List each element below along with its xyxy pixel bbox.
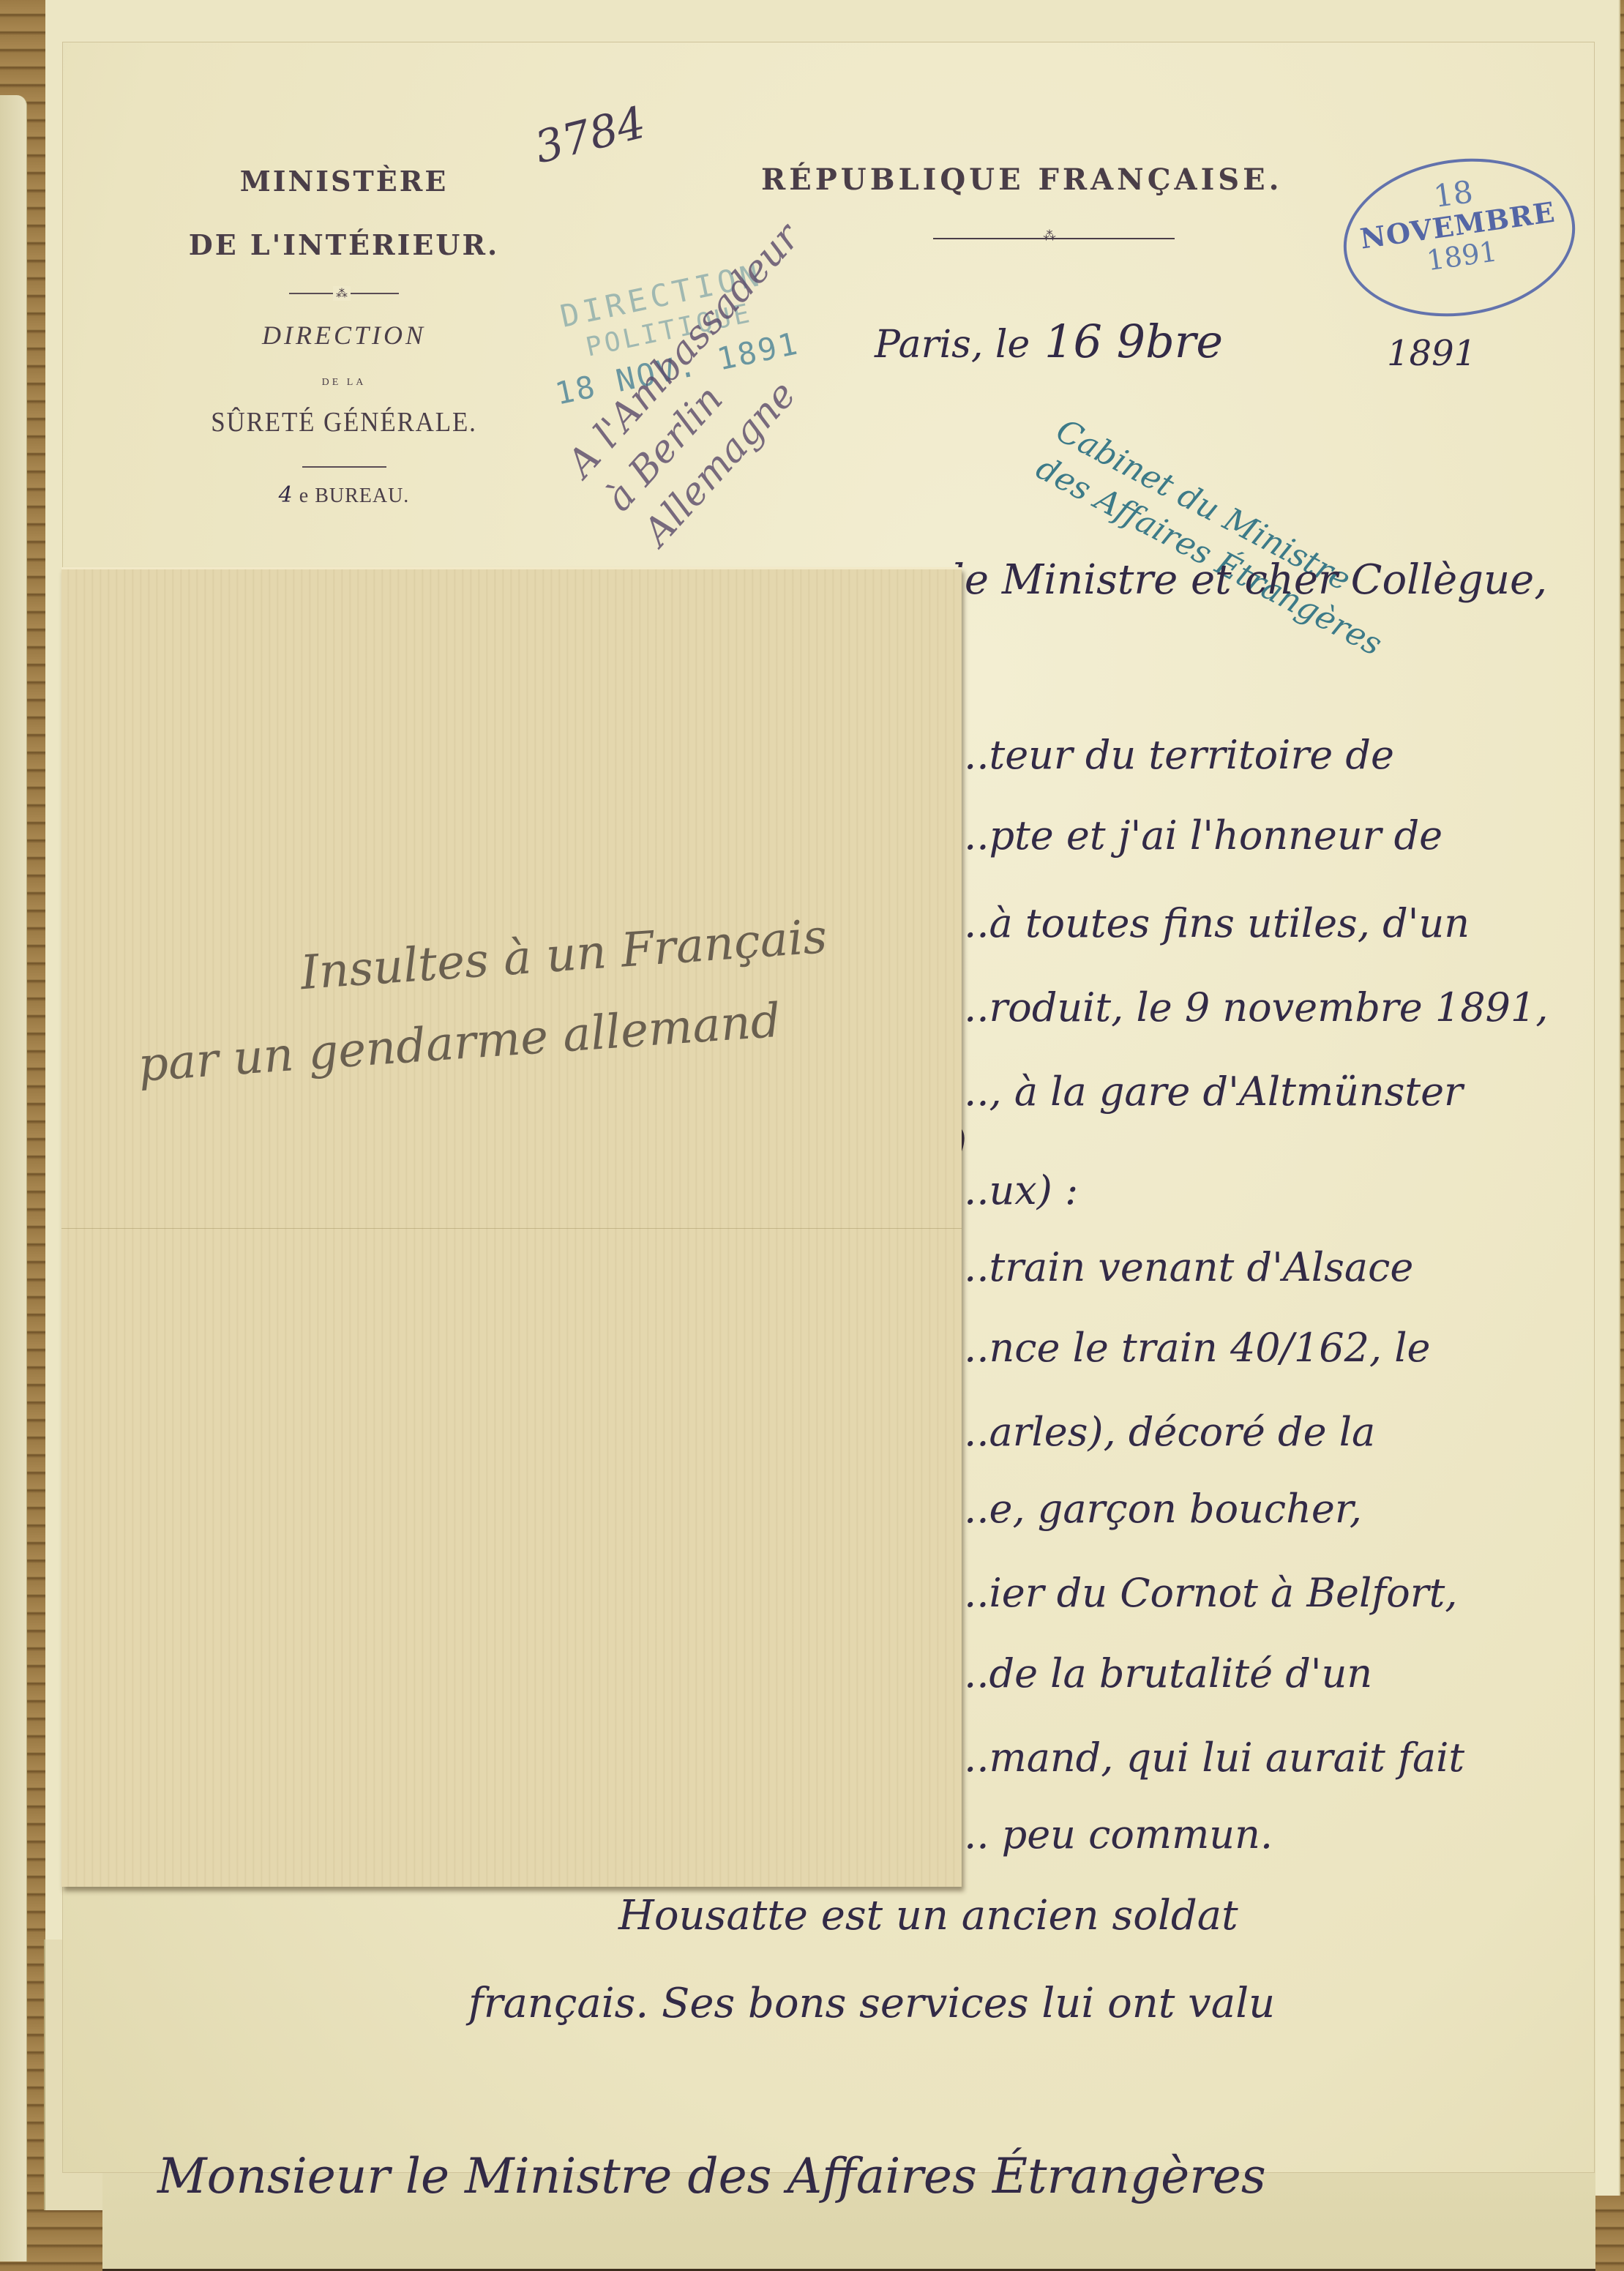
body-line: ...de la brutalité d'un xyxy=(951,1650,1372,1696)
date-day: 16 xyxy=(1044,315,1102,368)
date-month: 9bre xyxy=(1117,315,1223,368)
paragraph-2-line-2: français. Ses bons services lui ont valu xyxy=(468,1980,1275,2027)
note-text: Insultes à un Français par un gendarme a… xyxy=(130,897,835,1106)
body-line: ...ier du Cornot à Belfort, xyxy=(951,1570,1457,1616)
ministry-subtitle: DE L'INTÉRIEUR. xyxy=(154,228,534,261)
body-line: ...pte et j'ai l'honneur de xyxy=(951,812,1442,858)
surete-label: SÛRETÉ GÉNÉRALE. xyxy=(169,406,519,438)
divider-rule xyxy=(302,466,386,468)
bureau-number: 4 xyxy=(279,482,293,508)
ministry-title: MINISTÈRE xyxy=(154,165,534,198)
note-fold-line xyxy=(61,1228,962,1229)
body-line: ...ux) : xyxy=(951,1167,1078,1213)
body-line: ...arles), décoré de la xyxy=(951,1409,1375,1455)
addressee: Monsieur le Ministre des Affaires Étrang… xyxy=(157,2148,1266,2204)
body-line: ...teur du territoire de xyxy=(951,732,1394,778)
salutation: le Ministre et cher Collègue, xyxy=(951,556,1547,604)
folder-edge-left xyxy=(0,95,27,2261)
body-line: ...mand, qui lui aurait fait xyxy=(951,1735,1464,1781)
body-line: ...roduit, le 9 novembre 1891, xyxy=(951,984,1548,1030)
ornament-icon: ⁂ xyxy=(1043,228,1056,244)
body-line: ..., à la gare d'Altmünster xyxy=(951,1069,1463,1115)
bureau-label: 4 e BUREAU. xyxy=(154,482,534,508)
ornament-icon: ⁂ xyxy=(333,286,351,301)
ornament-divider: ⁂ xyxy=(289,289,399,298)
body-line: ...e, garçon boucher, xyxy=(951,1486,1362,1532)
bureau-text: e BUREAU. xyxy=(299,484,410,507)
direction-label: DIRECTION xyxy=(154,320,534,351)
date-year: 1891 xyxy=(1387,333,1476,374)
de-la-label: DE LA xyxy=(154,377,534,389)
republic-heading: RÉPUBLIQUE FRANÇAISE. xyxy=(761,162,1283,197)
body-line: ...à toutes fins utiles, d'un xyxy=(951,900,1470,946)
paragraph-2-line-1: Housatte est un ancien soldat xyxy=(618,1892,1238,1939)
cover-note: Insultes à un Français par un gendarme a… xyxy=(61,567,962,1887)
date-line: Paris, le 16 9bre xyxy=(875,315,1223,368)
body-line: ...nce le train 40/162, le xyxy=(951,1325,1431,1371)
body-line: ... peu commun. xyxy=(951,1811,1273,1857)
letterhead: MINISTÈRE DE L'INTÉRIEUR. ⁂ DIRECTION DE… xyxy=(154,165,534,508)
body-line: ...train venant d'Alsace xyxy=(951,1244,1413,1290)
date-place: Paris, le xyxy=(875,323,1030,367)
